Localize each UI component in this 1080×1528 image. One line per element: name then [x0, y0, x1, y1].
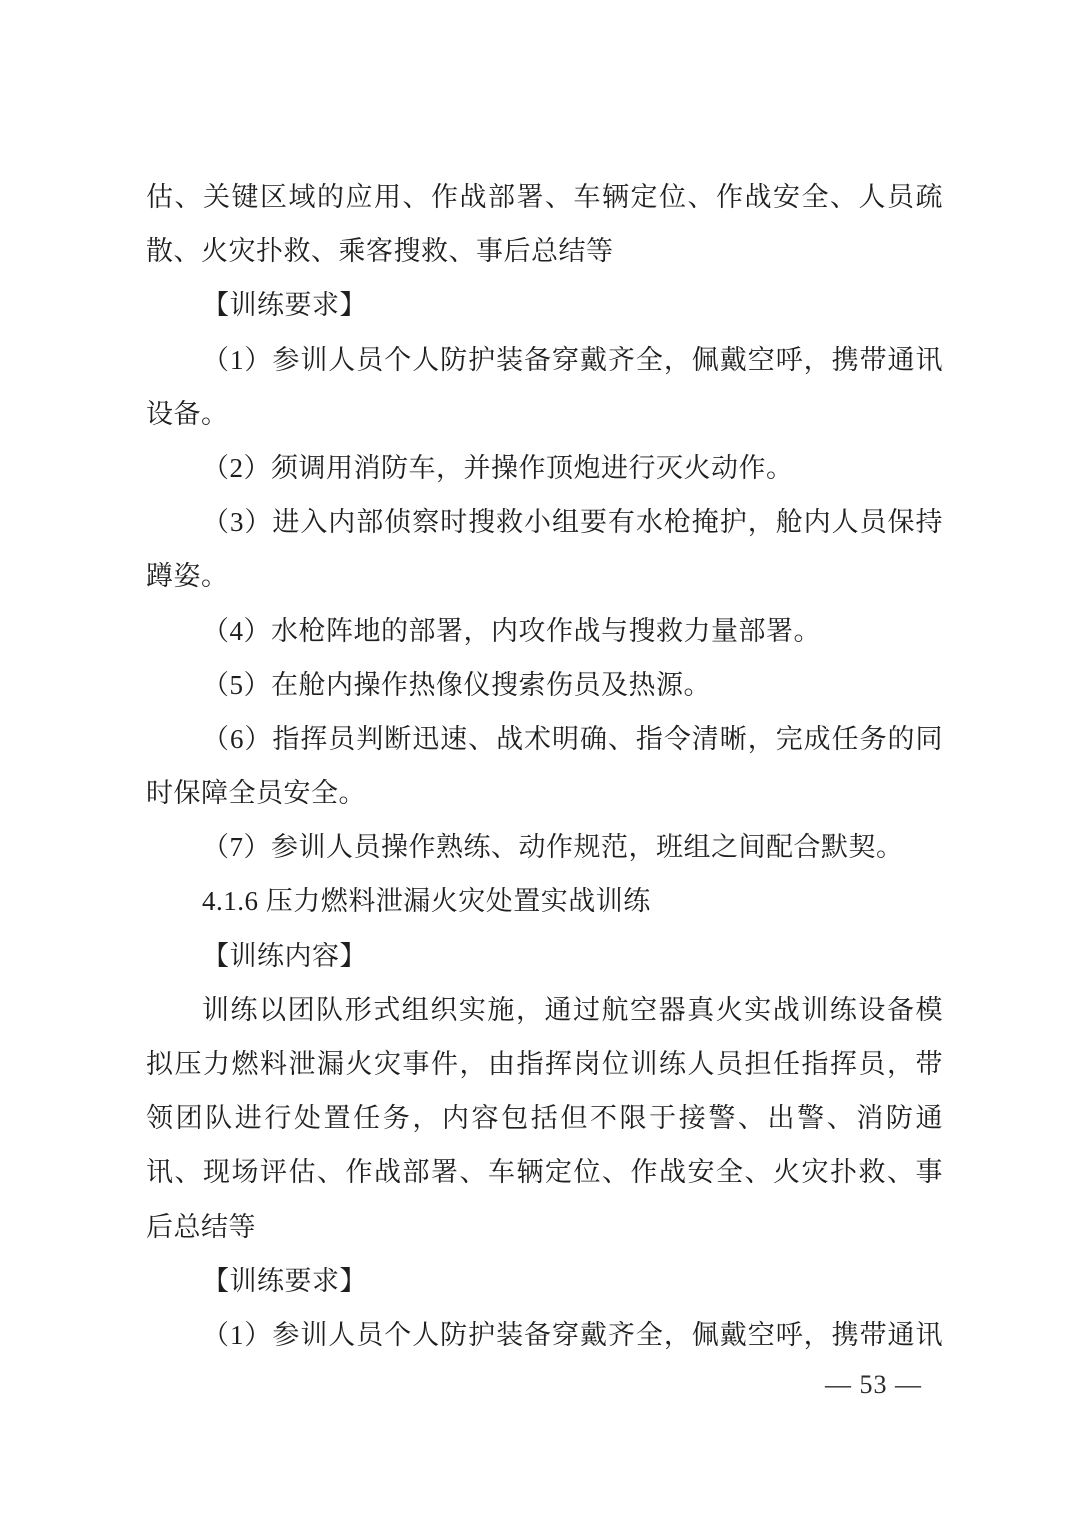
- text-line: 【训练要求】: [146, 1254, 943, 1308]
- text-line: （2）须调用消防车，并操作顶炮进行灭火动作。: [146, 441, 943, 495]
- text-line: （7）参训人员操作熟练、动作规范，班组之间配合默契。: [146, 820, 943, 874]
- text-line: （6）指挥员判断迅速、战术明确、指令清晰，完成任务的同: [146, 712, 943, 766]
- text-line: 估、关键区域的应用、作战部署、车辆定位、作战安全、人员疏: [146, 170, 943, 224]
- text-line: 蹲姿。: [146, 549, 943, 603]
- text-line: （1）参训人员个人防护装备穿戴齐全，佩戴空呼，携带通讯: [146, 333, 943, 387]
- text-line: 拟压力燃料泄漏火灾事件，由指挥岗位训练人员担任指挥员，带: [146, 1037, 943, 1091]
- text-line: 【训练要求】: [146, 278, 943, 332]
- text-line: （3）进入内部侦察时搜救小组要有水枪掩护，舱内人员保持: [146, 495, 943, 549]
- text-line: 领团队进行处置任务，内容包括但不限于接警、出警、消防通: [146, 1091, 943, 1145]
- text-line: 4.1.6 压力燃料泄漏火灾处置实战训练: [146, 874, 943, 928]
- document-page: 估、关键区域的应用、作战部署、车辆定位、作战安全、人员疏散、火灾扑救、乘客搜救、…: [0, 0, 1080, 1528]
- text-line: 讯、现场评估、作战部署、车辆定位、作战安全、火灾扑救、事: [146, 1145, 943, 1199]
- text-line: （1）参训人员个人防护装备穿戴齐全，佩戴空呼，携带通讯: [146, 1308, 943, 1362]
- text-line: （4）水枪阵地的部署，内攻作战与搜救力量部署。: [146, 604, 943, 658]
- document-body: 估、关键区域的应用、作战部署、车辆定位、作战安全、人员疏散、火灾扑救、乘客搜救、…: [146, 170, 943, 1362]
- text-line: （5）在舱内操作热像仪搜索伤员及热源。: [146, 658, 943, 712]
- text-line: 后总结等: [146, 1200, 943, 1254]
- text-line: 【训练内容】: [146, 929, 943, 983]
- text-line: 散、火灾扑救、乘客搜救、事后总结等: [146, 224, 943, 278]
- text-line: 训练以团队形式组织实施，通过航空器真火实战训练设备模: [146, 983, 943, 1037]
- page-number: — 53 —: [825, 1362, 922, 1408]
- text-line: 时保障全员安全。: [146, 766, 943, 820]
- text-line: 设备。: [146, 387, 943, 441]
